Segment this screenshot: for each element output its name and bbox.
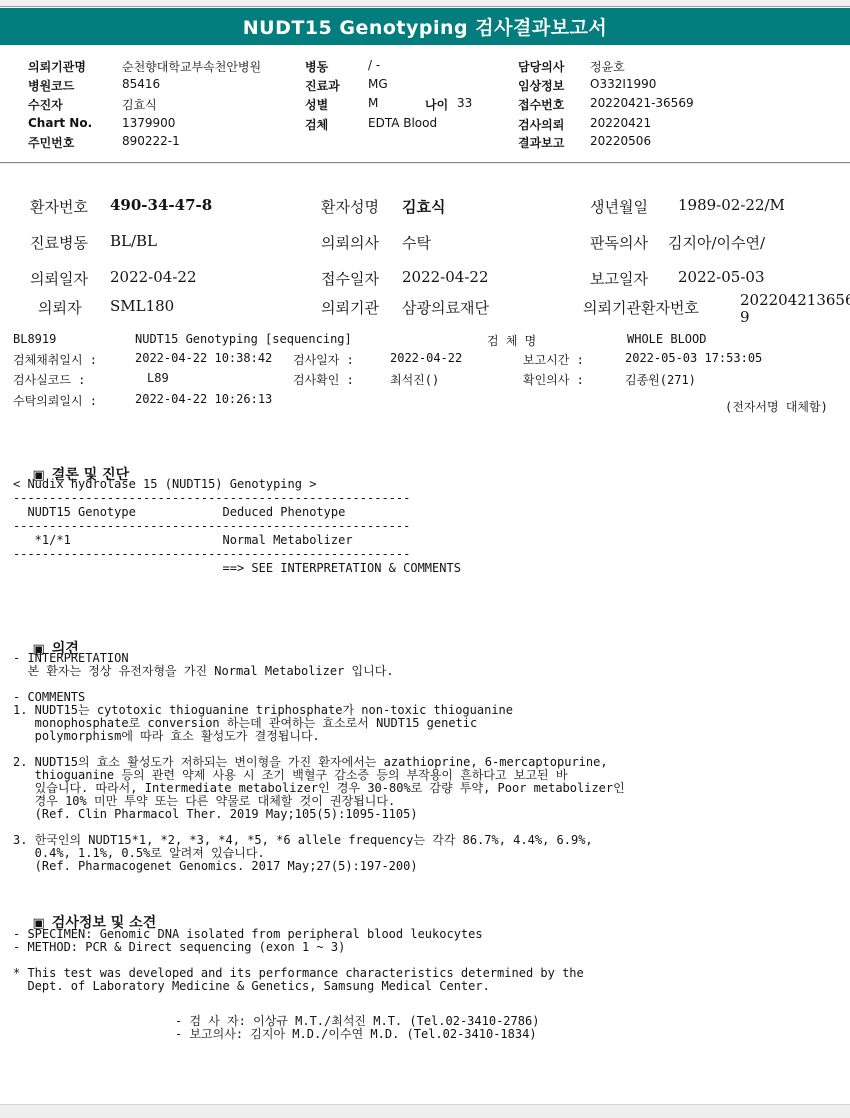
birthdate-value: 1989-02-22/M: [678, 196, 785, 214]
requesting-org-value: 삼광의료재단: [402, 297, 489, 318]
window-bottom-bar: [0, 1104, 850, 1118]
reading-doctor-label: 판독의사: [590, 232, 648, 253]
field-value-resident-no: 890222-1: [122, 134, 180, 148]
test-date-value: 2022-04-22: [390, 351, 462, 365]
field-label-resident-no: 주민번호: [28, 134, 74, 151]
referral-datetime-label: 수탁의뢰일시 :: [13, 392, 97, 409]
field-value-clinical-info: O332I1990: [590, 77, 656, 91]
field-value-accession-no: 20220421-36569: [590, 96, 694, 110]
confirm-doctor-label: 확인의사 :: [523, 371, 584, 388]
field-value-result-report-date: 20220506: [590, 134, 651, 148]
specimen-name-label: 검 체 명: [487, 332, 536, 349]
report-time-value: 2022-05-03 17:53:05: [625, 351, 762, 365]
field-label-department: 진료과: [305, 77, 340, 94]
field-label-sex: 성별: [305, 96, 328, 113]
header-divider: [0, 162, 850, 164]
test-info-text: - SPECIMEN: Genomic DNA isolated from pe…: [13, 928, 584, 993]
window-top-strip: [0, 0, 850, 7]
requester-value: SML180: [110, 297, 174, 315]
test-code: BL8919: [13, 332, 56, 346]
field-label-result-report-date: 결과보고: [518, 134, 564, 151]
test-verify-label: 검사확인 :: [293, 371, 354, 388]
field-label-age: 나이: [425, 96, 448, 113]
opinion-text: - INTERPRETATION 본 환자는 정상 유전자형을 가진 Norma…: [13, 652, 625, 873]
field-label-requesting-org: 의뢰기관명: [28, 58, 86, 75]
field-label-chart-no: Chart No.: [28, 116, 92, 130]
request-date-value: 2022-04-22: [110, 268, 196, 286]
field-label-test-request-date: 검사의뢰: [518, 116, 564, 133]
field-value-requesting-org: 순천향대학교부속천안병원: [122, 58, 261, 75]
field-label-accession-no: 접수번호: [518, 96, 564, 113]
report-date-value: 2022-05-03: [678, 268, 764, 286]
field-label-attending-doctor: 담당의사: [518, 58, 564, 75]
requesting-doctor-label: 의뢰의사: [321, 232, 379, 253]
patient-name-value: 김효식: [402, 196, 445, 217]
field-label-examinee: 수진자: [28, 96, 63, 113]
lab-report-page: NUDT15 Genotyping 검사결과보고서 의뢰기관명 순천향대학교부속…: [0, 0, 850, 1118]
collection-datetime-value: 2022-04-22 10:38:42: [135, 351, 272, 365]
org-patient-no-label: 의뢰기관환자번호: [583, 297, 699, 318]
requesting-doctor-value: 수탁: [402, 232, 431, 253]
esign-note: (전자서명 대체함): [725, 398, 828, 415]
birthdate-label: 생년월일: [590, 196, 648, 217]
page-title: NUDT15 Genotyping 검사결과보고서: [243, 13, 607, 40]
lab-code-label: 검사실코드 :: [13, 371, 85, 388]
referral-datetime-value: 2022-04-22 10:26:13: [135, 392, 272, 406]
field-value-ward: / -: [368, 58, 380, 72]
test-date-label: 검사일자 :: [293, 351, 354, 368]
field-value-test-request-date: 20220421: [590, 116, 651, 130]
patient-id-value: 490-34-47-8: [110, 196, 212, 214]
field-value-chart-no: 1379900: [122, 116, 175, 130]
test-verify-value: 최석진(): [390, 371, 439, 388]
report-title-banner: NUDT15 Genotyping 검사결과보고서: [0, 8, 850, 45]
test-name: NUDT15 Genotyping [sequencing]: [135, 332, 352, 346]
field-value-department: MG: [368, 77, 388, 91]
field-label-ward: 병동: [305, 58, 328, 75]
reading-doctor-value: 김지아/이수연/: [668, 232, 765, 253]
field-label-specimen-type: 검체: [305, 116, 328, 133]
conclusion-result-table: < Nudix hydrolase 15 (NUDT15) Genotyping…: [13, 477, 461, 575]
specimen-name-value: WHOLE BLOOD: [627, 332, 706, 346]
field-value-attending-doctor: 정윤호: [590, 58, 625, 75]
org-patient-no-value: 2022042136569: [740, 292, 850, 326]
requester-label: 의뢰자: [38, 297, 81, 318]
field-value-examinee: 김효식: [122, 96, 157, 113]
confirm-doctor-value: 김종원(271): [625, 371, 696, 388]
patient-name-label: 환자성명: [321, 196, 379, 217]
field-label-hospital-code: 병원코드: [28, 77, 74, 94]
collection-datetime-label: 검체채취일시 :: [13, 351, 97, 368]
report-date-label: 보고일자: [590, 268, 648, 289]
lab-code-value: L89: [147, 371, 169, 385]
ward-label: 진료병동: [30, 232, 88, 253]
field-label-clinical-info: 임상정보: [518, 77, 564, 94]
field-value-hospital-code: 85416: [122, 77, 160, 91]
ward-value: BL/BL: [110, 232, 157, 250]
patient-id-label: 환자번호: [30, 196, 88, 217]
requesting-org-label: 의뢰기관: [321, 297, 379, 318]
report-time-label: 보고시간 :: [523, 351, 584, 368]
field-value-specimen-type: EDTA Blood: [368, 116, 437, 130]
signature-text: - 검 사 자: 이상규 M.T./최석진 M.T. (Tel.02-3410-…: [175, 1015, 539, 1041]
field-value-sex: M: [368, 96, 378, 110]
receipt-date-value: 2022-04-22: [402, 268, 488, 286]
receipt-date-label: 접수일자: [321, 268, 379, 289]
field-value-age: 33: [457, 96, 472, 110]
request-date-label: 의뢰일자: [30, 268, 88, 289]
